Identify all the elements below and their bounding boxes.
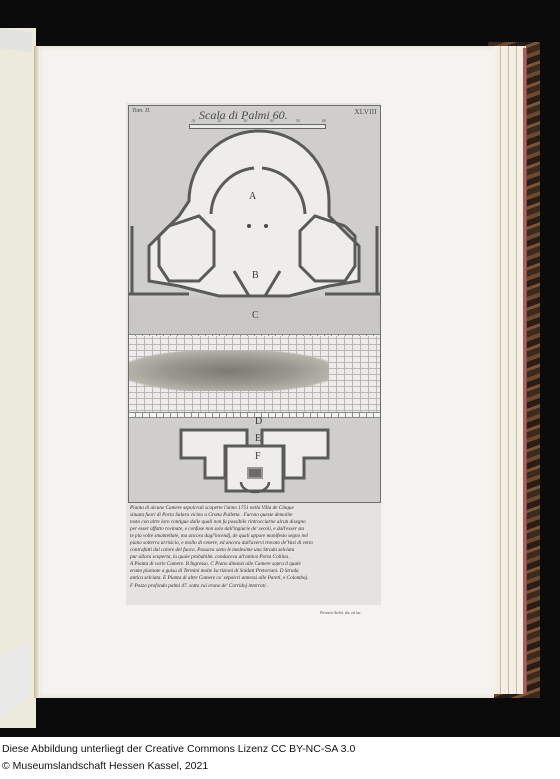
label-d: D — [255, 416, 262, 427]
label-c: C — [252, 310, 259, 321]
label-a: A — [249, 191, 256, 202]
left-page-leaf — [0, 28, 36, 728]
label-b: B — [252, 270, 259, 281]
rubble-area — [129, 351, 329, 391]
left-page-flap-top — [0, 28, 32, 52]
copyright-text: © Museumslandschaft Hessen Kassel, 2021 — [2, 758, 355, 775]
red-page-edge — [523, 48, 527, 694]
caption-line: F Pozzo profondo palmi 47. sotto cui era… — [130, 583, 380, 590]
book-scan: Tom. II. Scala di Palmi 60. XLVIII 10 20… — [0, 0, 560, 737]
license-footer: Diese Abbildung unterliegt der Creative … — [2, 741, 355, 775]
caption-line: te più volte smantellate, ma ancora dagl… — [130, 533, 380, 540]
label-f: F — [255, 451, 261, 462]
caption-line: pur allora scoperta, la quale probabilm.… — [130, 554, 380, 561]
label-e: E — [255, 433, 261, 444]
caption-line: contrafatti dal calore del fuoco. Passav… — [130, 547, 380, 554]
engraving: Tom. II. Scala di Palmi 60. XLVIII 10 20… — [128, 105, 381, 503]
caption-line: antica selciata. E Pianta di altre Camer… — [130, 575, 380, 582]
engraver-signature: Piranesi Archit. dis. ed inc. — [320, 611, 361, 615]
caption-line: piano sotterra arrisicio, e mollo di cen… — [130, 540, 380, 547]
caption-line: Pianta di alcune Camere sepolcrali scope… — [130, 505, 380, 512]
plate-caption: Pianta di alcune Camere sepolcrali scope… — [130, 505, 380, 590]
gutter-shadow — [34, 46, 40, 698]
caption-line: situata fuori di Porta Salara vicino a G… — [130, 512, 380, 519]
caption-line: per esser affatto rovinate, e confuse no… — [130, 526, 380, 533]
caption-line: A Pianta di varie Camere. B Ingresso. C … — [130, 561, 380, 568]
license-text: Diese Abbildung unterliegt der Creative … — [2, 741, 355, 758]
caption-line: tosto con altre loro contigue dalle qual… — [130, 519, 380, 526]
caption-line: erano piantate a guisa di Termini molte … — [130, 568, 380, 575]
